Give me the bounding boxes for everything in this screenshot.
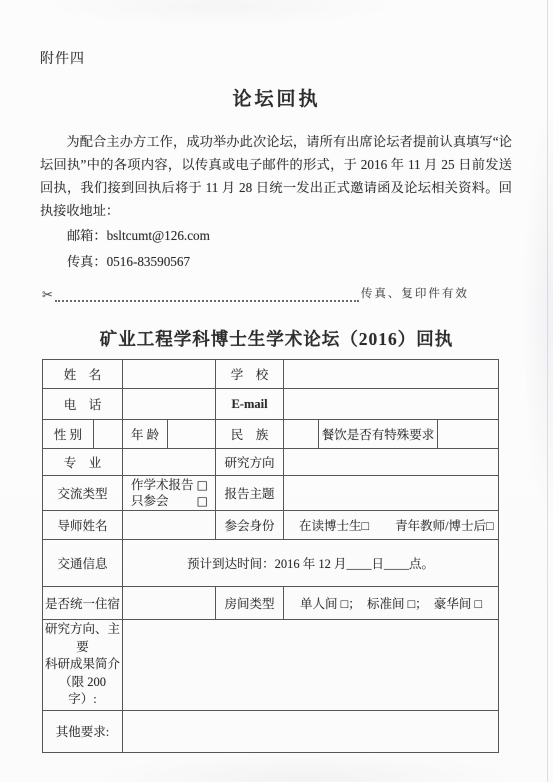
other-requirements-label: 其他要求: xyxy=(43,710,123,752)
scan-page-edge xyxy=(547,0,548,782)
research-direction-label: 研究方向 xyxy=(216,449,284,476)
option-give-report-label: 作学术报告 xyxy=(131,477,194,493)
meal-requirement-value-cell xyxy=(438,420,499,449)
research-intro-value-cell xyxy=(123,620,499,711)
intro-paragraph: 为配合主办方工作，成功举办此次论坛，请所有出席论坛者提前认真填写“论坛回执”中的… xyxy=(40,130,512,222)
contact-fax-line: 传真：0516-83590567 xyxy=(67,249,553,274)
document-title: 论坛回执 xyxy=(0,84,553,111)
name-value-cell xyxy=(123,360,216,389)
name-label: 姓 名 xyxy=(43,360,123,389)
report-topic-label: 报告主题 xyxy=(216,476,284,511)
row-accommodation: 是否统一住宿 房间类型 单人间 □； 标准间 □； 豪华间 □ xyxy=(43,587,499,620)
meal-requirement-label: 餐饮是否有特殊要求 xyxy=(319,420,438,449)
checkbox-icon: □ xyxy=(197,493,208,509)
email-field-label: E-mail xyxy=(216,389,284,420)
transport-label: 交通信息 xyxy=(43,540,123,587)
research-intro-label: 研究方向、主要 科研成果简介 （限 200 字）: xyxy=(43,620,123,711)
report-topic-value-cell xyxy=(284,476,499,511)
gender-label: 性 别 xyxy=(43,420,94,449)
checkbox-icon: □ xyxy=(197,477,208,493)
advisor-name-label: 导师姓名 xyxy=(43,511,123,540)
row-exchange-type: 交流类型 作学术报告 □ 只参会 □ 报告主题 xyxy=(43,476,499,511)
email-value-cell xyxy=(284,389,499,420)
room-type-options-cell: 单人间 □； 标准间 □； 豪华间 □ xyxy=(284,587,499,620)
row-major-research: 专 业 研究方向 xyxy=(43,449,499,476)
accommodation-value-cell xyxy=(123,587,216,620)
row-gender-age-ethnicity-meal: 性 别 年 龄 民 族 餐饮是否有特殊要求 xyxy=(43,420,499,449)
row-research-intro: 研究方向、主要 科研成果简介 （限 200 字）: xyxy=(43,620,499,711)
option-attend-only: 只参会 □ xyxy=(125,493,213,509)
reply-form-table: 姓 名 学 校 电 话 E-mail 性 别 年 龄 民 族 餐饮是否有特殊要求… xyxy=(42,359,499,753)
phone-value-cell xyxy=(123,389,216,420)
attachment-label: 附件四 xyxy=(40,48,553,68)
other-requirements-value-cell xyxy=(123,710,499,752)
identity-option-young-teacher: 青年教师/博士后□ xyxy=(395,516,494,534)
research-direction-value-cell xyxy=(284,449,499,476)
dotted-cut-line xyxy=(55,290,359,302)
arrival-time-cell: 预计到达时间：2016 年 12 月____日____点。 xyxy=(123,540,499,587)
room-type-label: 房间类型 xyxy=(216,587,284,620)
scanned-document-page: 附件四 论坛回执 为配合主办方工作，成功举办此次论坛，请所有出席论坛者提前认真填… xyxy=(0,0,553,782)
row-advisor-identity: 导师姓名 参会身份 在读博士生□ 青年教师/博士后□ xyxy=(43,511,499,540)
school-value-cell xyxy=(284,360,499,389)
ethnicity-label: 民 族 xyxy=(216,420,284,449)
exchange-type-options-cell: 作学术报告 □ 只参会 □ xyxy=(123,476,216,511)
age-value-cell xyxy=(168,420,216,449)
row-name-school: 姓 名 学 校 xyxy=(43,360,499,389)
contact-email-line: 邮箱：bsltcumt@126.com xyxy=(67,223,553,248)
gender-value-cell xyxy=(94,420,123,449)
email-value: bsltcumt@126.com xyxy=(107,228,210,243)
accommodation-label: 是否统一住宿 xyxy=(43,587,123,620)
identity-options-cell: 在读博士生□ 青年教师/博士后□ xyxy=(284,511,499,540)
phone-label: 电 话 xyxy=(43,389,123,420)
row-other-requirements: 其他要求: xyxy=(43,710,499,752)
age-label: 年 龄 xyxy=(123,420,168,449)
option-attend-only-label: 只参会 xyxy=(131,493,169,509)
cut-here-line: ✂ 传真、复印件有效 xyxy=(42,287,513,302)
option-give-report: 作学术报告 □ xyxy=(125,477,213,493)
advisor-name-value-cell xyxy=(123,511,216,540)
identity-label: 参会身份 xyxy=(216,511,284,540)
row-transport: 交通信息 预计到达时间：2016 年 12 月____日____点。 xyxy=(43,540,499,587)
email-label: 邮箱： xyxy=(67,228,107,243)
cut-line-note: 传真、复印件有效 xyxy=(361,287,469,302)
scissors-icon: ✂ xyxy=(42,290,53,302)
fax-value: 0516-83590567 xyxy=(107,254,191,269)
major-value-cell xyxy=(123,449,216,476)
exchange-type-label: 交流类型 xyxy=(43,476,123,511)
major-label: 专 业 xyxy=(43,449,123,476)
row-phone-email: 电 话 E-mail xyxy=(43,389,499,420)
ethnicity-value-cell xyxy=(284,420,319,449)
form-title: 矿业工程学科博士生学术论坛（2016）回执 xyxy=(0,326,553,351)
identity-option-phd: 在读博士生□ xyxy=(299,516,369,534)
fax-label: 传真： xyxy=(67,254,107,269)
school-label: 学 校 xyxy=(216,360,284,389)
